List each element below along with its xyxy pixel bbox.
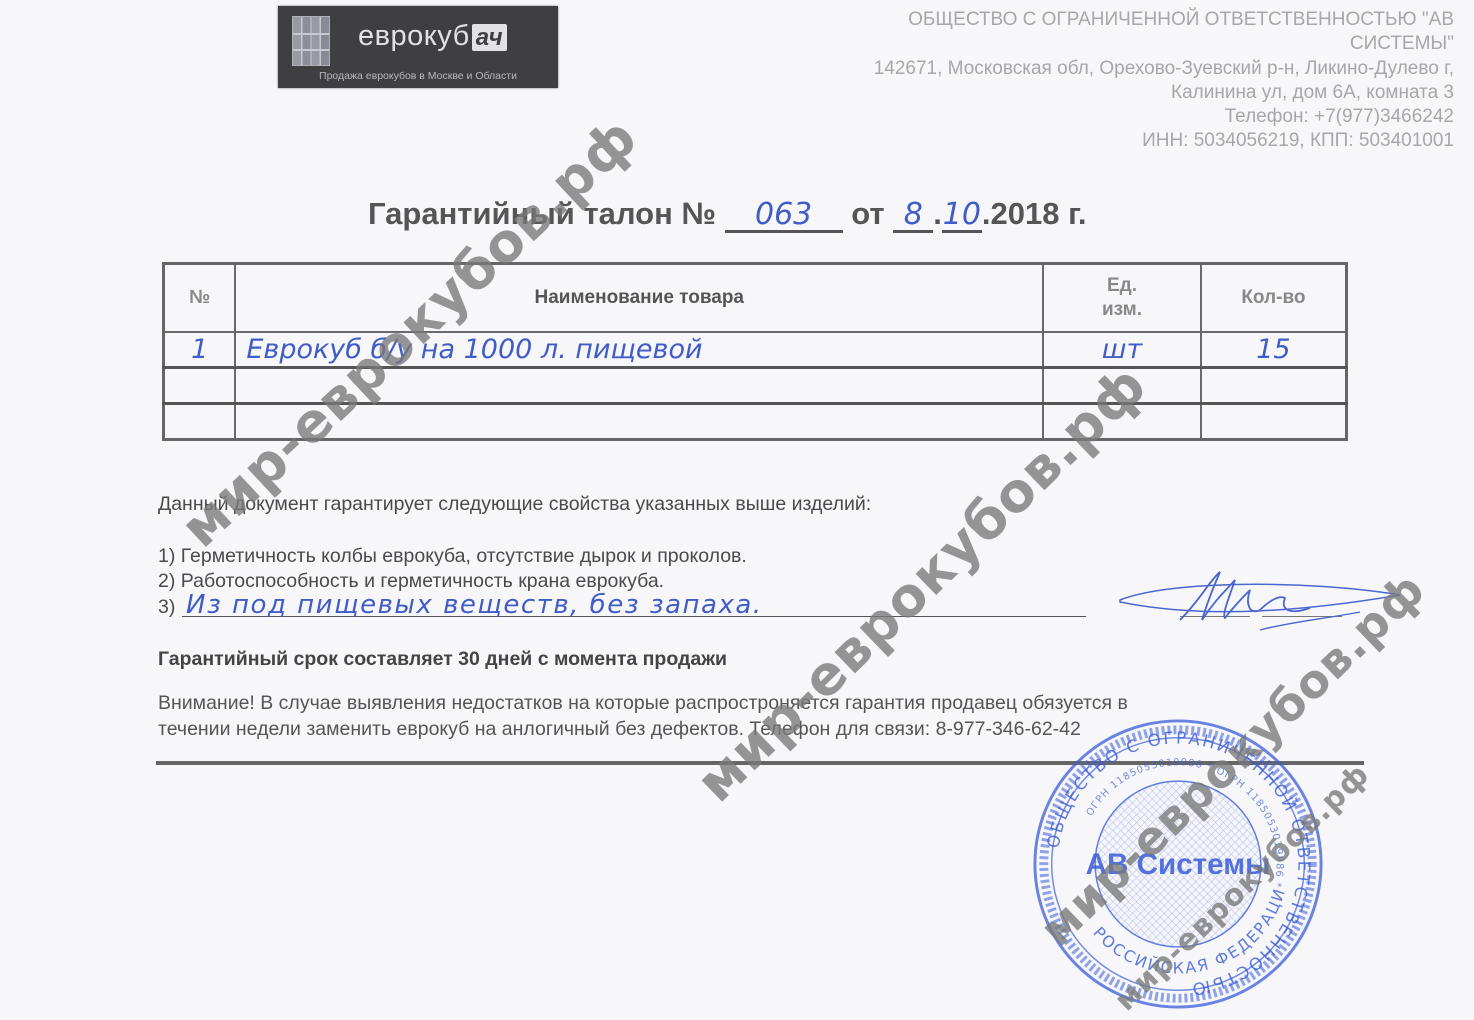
row-qty-cell[interactable]: [1201, 368, 1347, 404]
title-from-label: от: [851, 196, 884, 231]
company-phone: Телефон: +7(977)3466242: [754, 105, 1454, 129]
guarantee-item-3-label: 3): [158, 596, 175, 619]
header-num: №: [164, 264, 236, 333]
row-num-cell[interactable]: [164, 404, 236, 440]
date-day-field[interactable]: 8: [893, 200, 933, 233]
row-qty-cell[interactable]: [1201, 404, 1347, 440]
company-name-line2: СИСТЕМЫ": [754, 32, 1454, 56]
row-qty-cell[interactable]: 15: [1201, 332, 1347, 368]
guarantee-item-3-field[interactable]: Из под пищевых веществ, без запаха.: [186, 590, 763, 620]
company-tax-ids: ИНН: 5034056219, КПП: 503401001: [754, 129, 1454, 153]
notice-line1: Внимание! В случае выявления недостатков…: [158, 690, 1128, 716]
row-num-cell[interactable]: [164, 368, 236, 404]
notice-line2: течении недели заменить еврокуб на анлог…: [158, 716, 1128, 742]
date-year: 2018 г.: [991, 196, 1087, 231]
address-line1: 142671, Московская обл, Орехово-Зуевский…: [754, 57, 1454, 81]
logo-tagline: Продажа еврокубов в Москве и Области: [278, 70, 558, 82]
address-line2: Калинина ул, дом 6А, комната 3: [754, 81, 1454, 105]
company-requisites: ОБЩЕСТВО С ОГРАНИЧЕННОЙ ОТВЕТСТВЕННОСТЬЮ…: [754, 8, 1454, 154]
warranty-term: Гарантийный срок составляет 30 дней с мо…: [158, 648, 727, 671]
table-header-row: № Наименование товара Ед. изм. Кол-во: [164, 264, 1347, 333]
eurocube-icon: [292, 16, 330, 66]
logo-brand-suffix: ач: [472, 24, 507, 51]
header-unit: Ед. изм.: [1043, 264, 1201, 333]
notice-text: Внимание! В случае выявления недостатков…: [158, 690, 1128, 742]
date-month-field[interactable]: 10: [942, 200, 982, 233]
company-logo: еврокубач Продажа еврокубов в Москве и О…: [278, 6, 558, 88]
logo-brand: еврокубач: [358, 20, 507, 53]
certificate-number-field[interactable]: 063: [725, 200, 843, 233]
row-num-cell[interactable]: 1: [164, 332, 236, 368]
guarantee-item-1: 1) Герметичность колбы еврокуба, отсутст…: [158, 545, 747, 568]
header-unit-line2: изм.: [1044, 298, 1200, 322]
company-name-line1: ОБЩЕСТВО С ОГРАНИЧЕННОЙ ОТВЕТСТВЕННОСТЬЮ…: [754, 8, 1454, 32]
header-unit-line1: Ед.: [1044, 274, 1200, 298]
header-product-name: Наименование товара: [235, 264, 1043, 333]
logo-brand-text: еврокуб: [358, 20, 470, 52]
header-qty: Кол-во: [1201, 264, 1347, 333]
